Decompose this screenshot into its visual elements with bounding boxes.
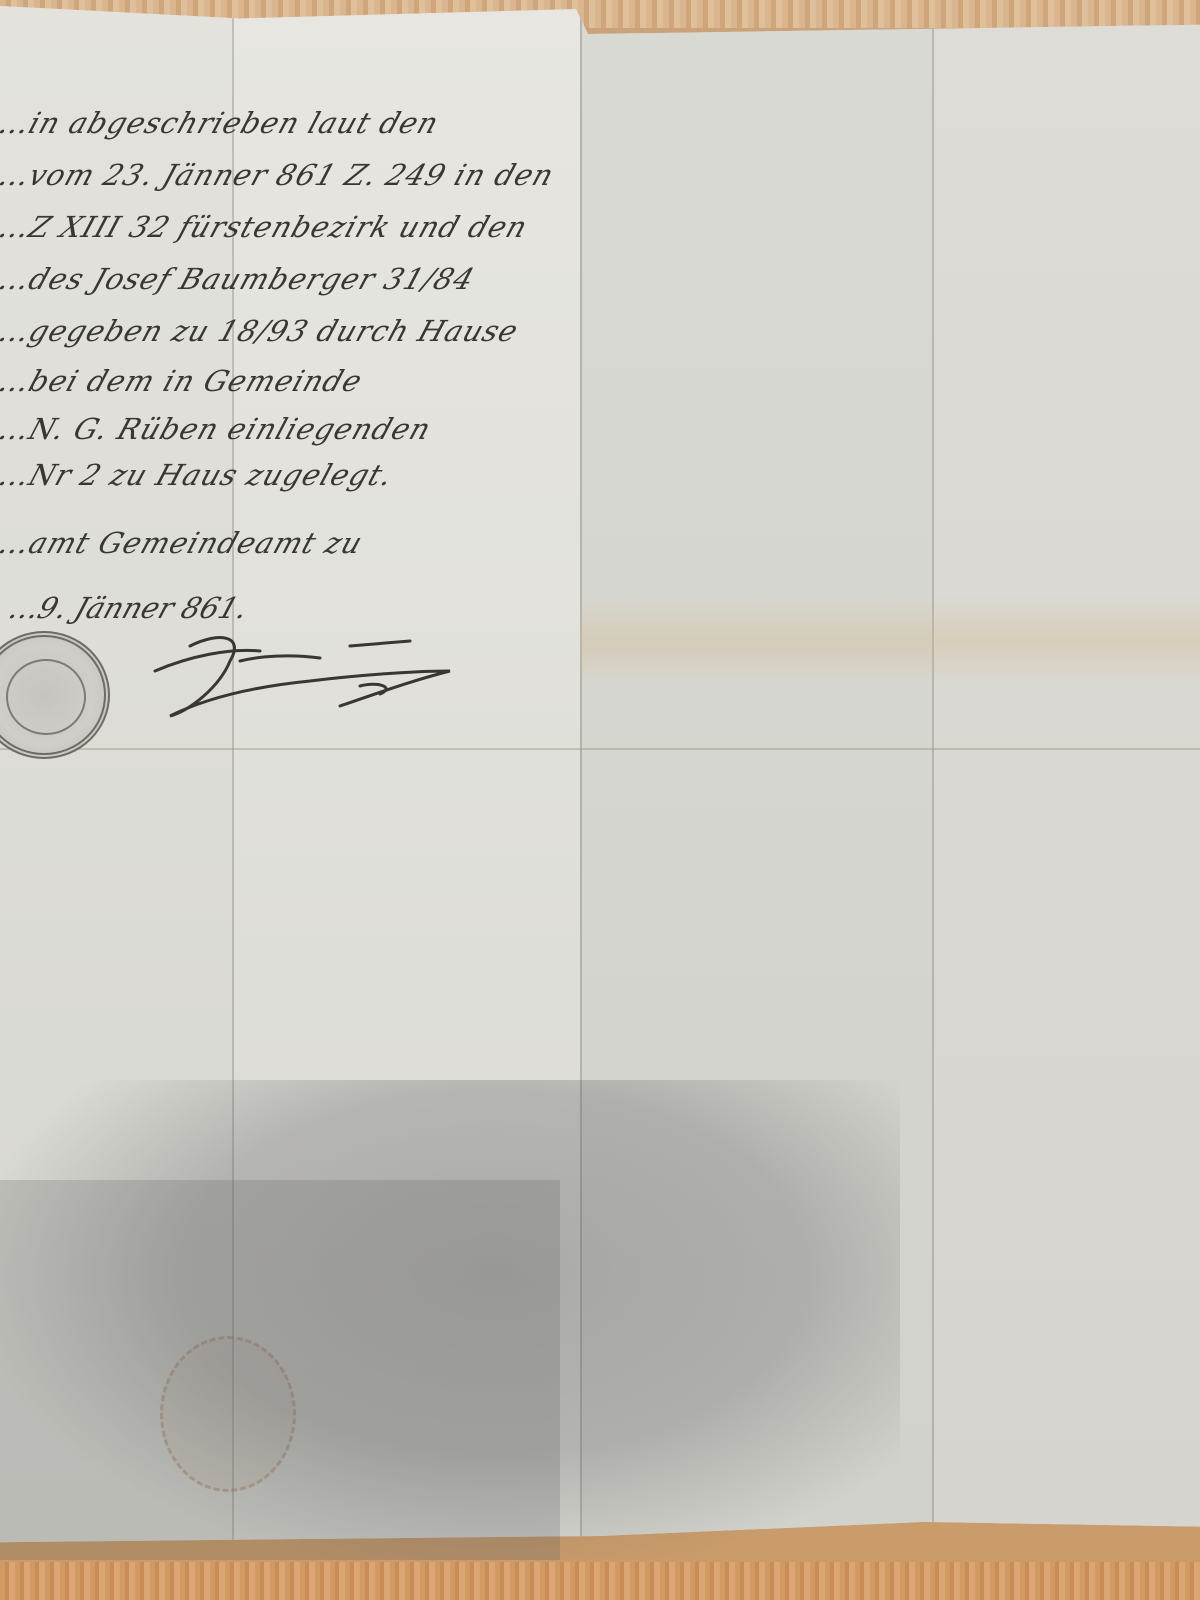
paper-panel-4 xyxy=(932,6,1200,1564)
text-line: …N. G. Rüben einliegenden xyxy=(0,412,436,446)
fold-line xyxy=(932,6,934,1564)
date-line: …9. Jänner 861. xyxy=(4,591,252,625)
signature xyxy=(150,626,460,726)
wooden-table-bottom xyxy=(0,1562,1200,1600)
text-line: …vom 23. Jänner 861 Z. 249 in den xyxy=(0,158,559,192)
text-line: …amt Gemeindeamt zu xyxy=(0,526,367,560)
text-line: …gegeben zu 18/93 durch Hause xyxy=(0,314,523,348)
text-line: …Z XIII 32 fürstenbezirk und den xyxy=(0,210,532,244)
text-line: …Nr 2 zu Haus zugelegt. xyxy=(0,458,398,492)
text-line: …bei dem in Gemeinde xyxy=(0,364,367,398)
hand-shadow-base xyxy=(0,1180,560,1560)
text-line: …in abgeschrieben laut den xyxy=(0,106,444,140)
fold-line-horizontal xyxy=(0,748,1200,750)
water-stain xyxy=(580,596,1200,686)
text-line: …des Josef Baumberger 31/84 xyxy=(0,262,479,296)
